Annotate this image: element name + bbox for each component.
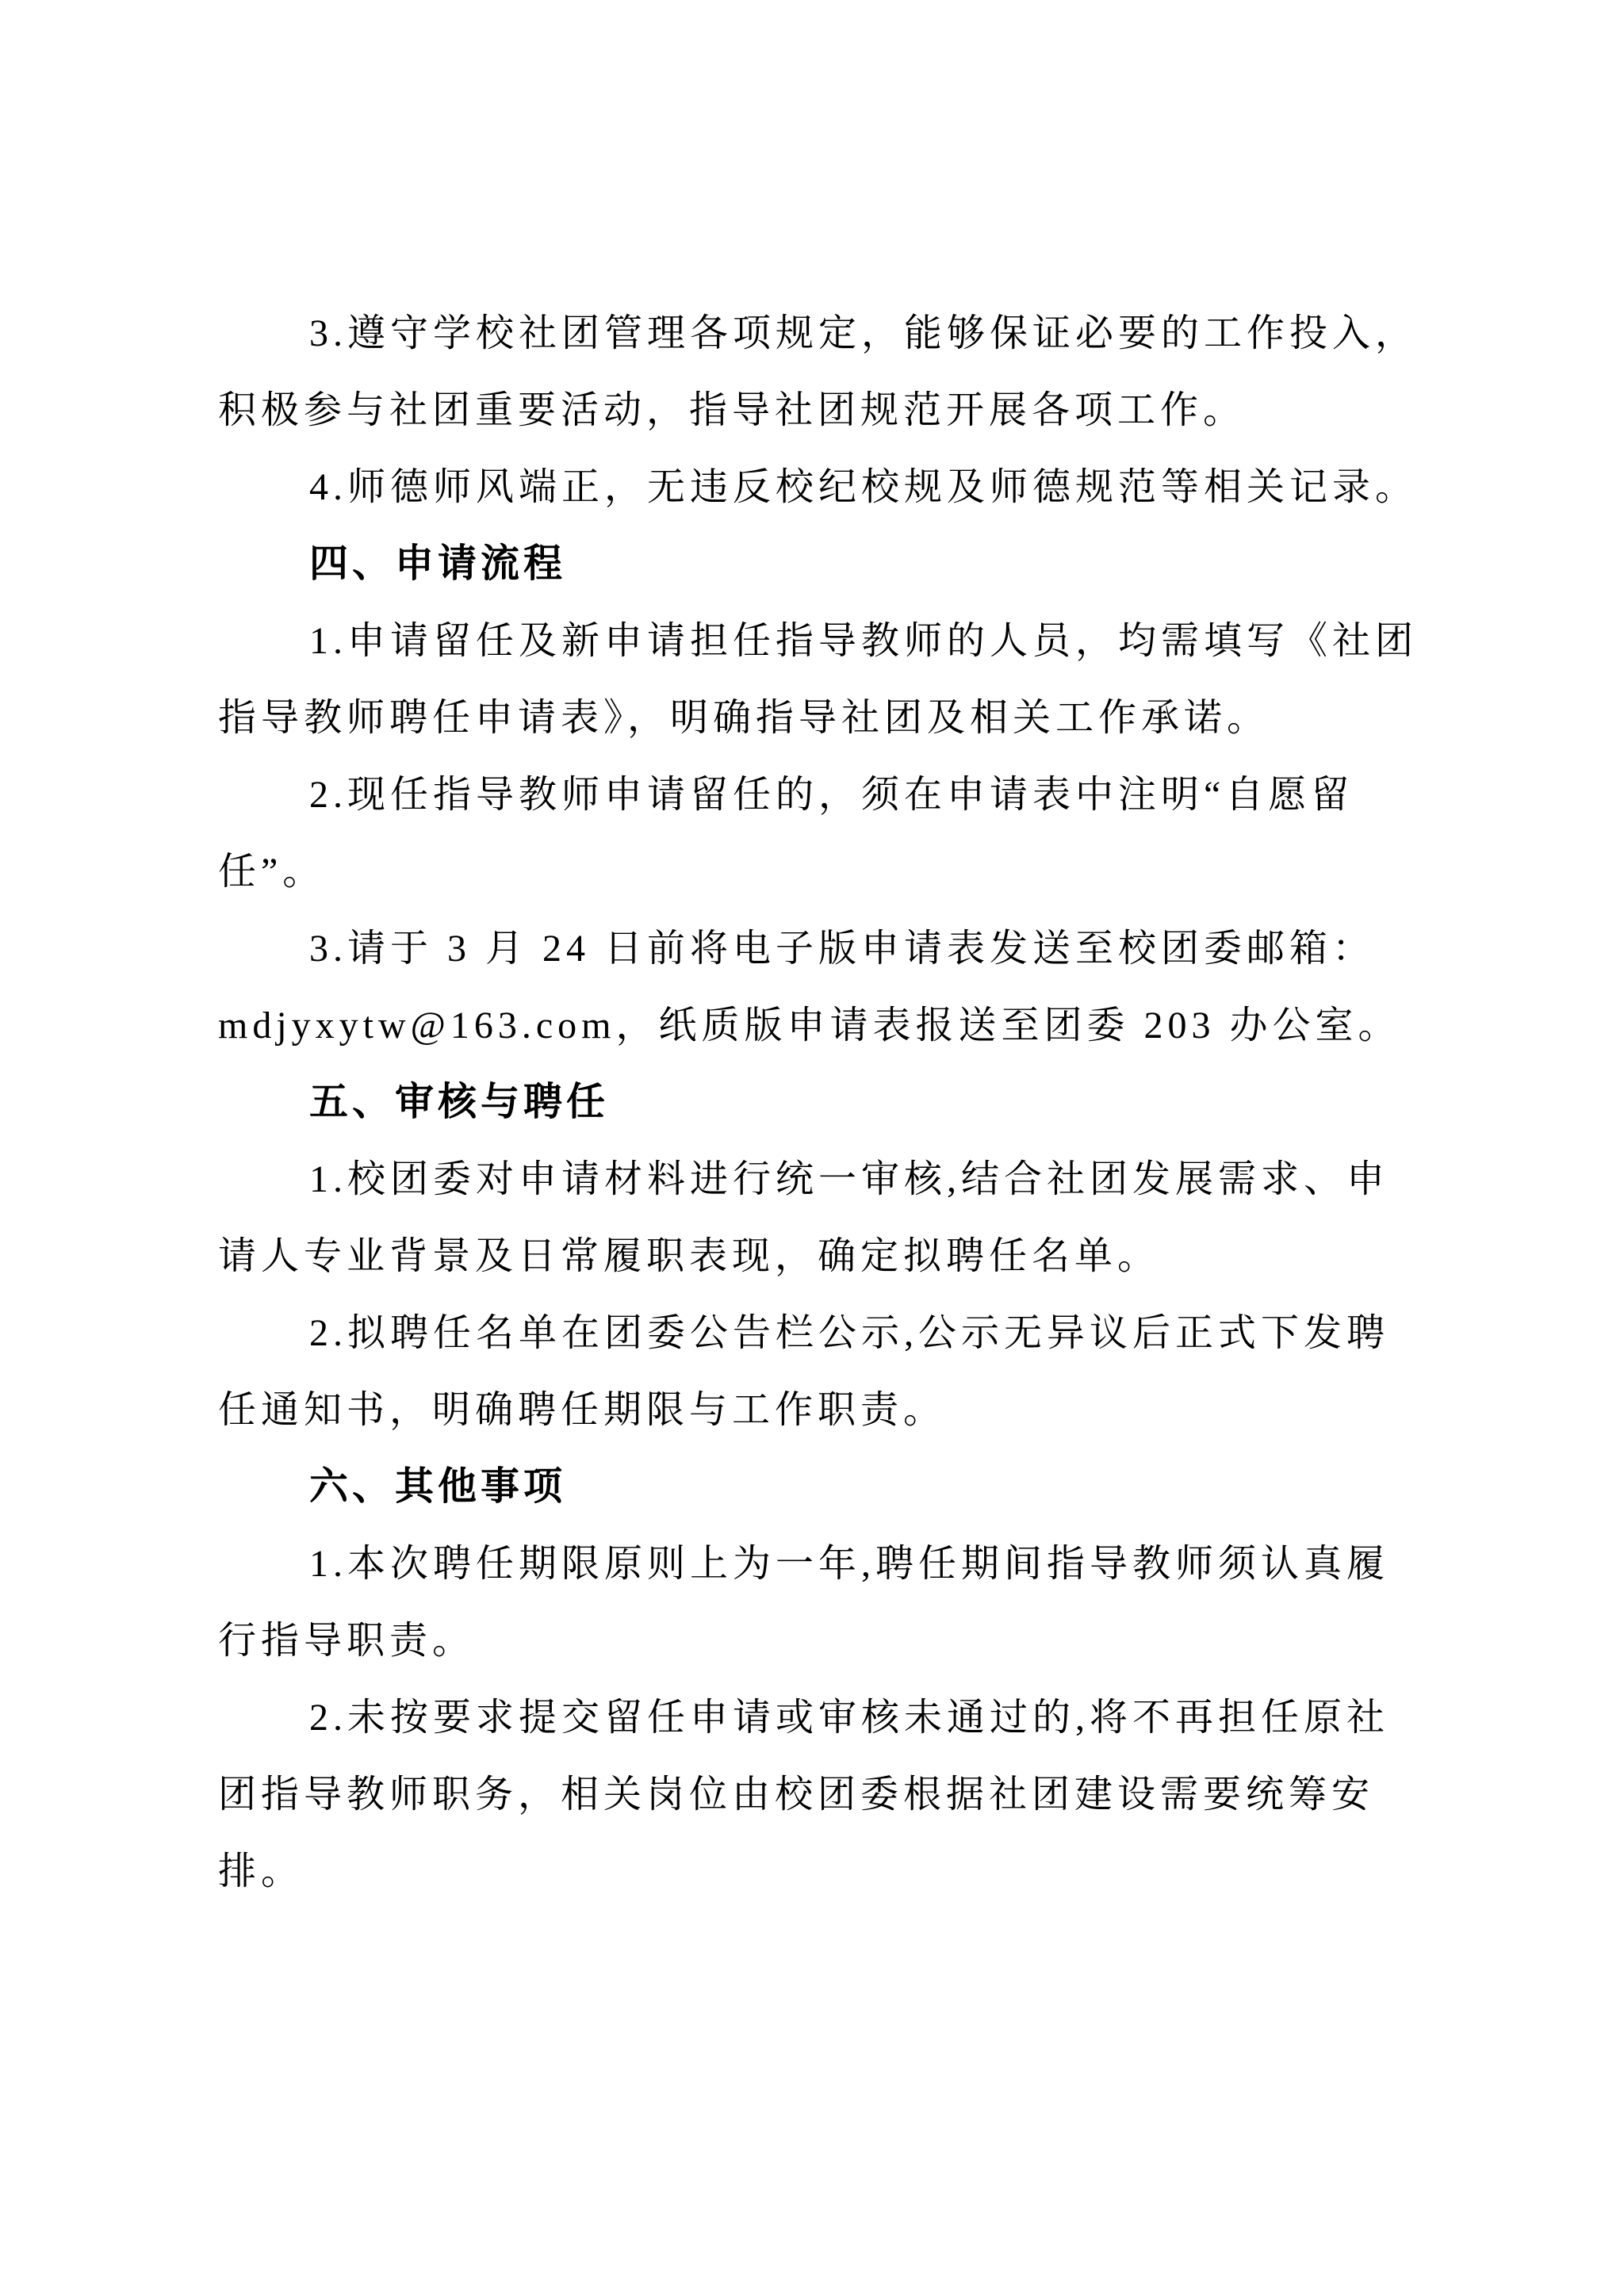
doc-line-2: 积极参与社团重要活动，指导社团规范开展各项工作。	[218, 372, 1439, 449]
doc-line-10: mdjyxytw@163.com，纸质版申请表报送至团委 203 办公室。	[218, 987, 1439, 1064]
section-heading-application-process: 四、申请流程	[218, 526, 1439, 603]
doc-line-13: 请人专业背景及日常履职表现，确定拟聘任名单。	[218, 1218, 1439, 1295]
doc-line-8: 任”。	[218, 833, 1439, 910]
section-heading-other-matters: 六、其他事项	[218, 1448, 1439, 1525]
doc-line-17: 1.本次聘任期限原则上为一年,聘任期间指导教师须认真履	[218, 1525, 1439, 1602]
doc-line-5: 1.申请留任及新申请担任指导教师的人员，均需填写《社团	[218, 603, 1439, 679]
doc-line-20: 团指导教师职务，相关岗位由校团委根据社团建设需要统筹安	[218, 1756, 1439, 1833]
document-text-block: 3.遵守学校社团管理各项规定，能够保证必要的工作投入， 积极参与社团重要活动，指…	[218, 295, 1439, 1910]
doc-line-15: 任通知书，明确聘任期限与工作职责。	[218, 1372, 1439, 1448]
doc-line-12: 1.校团委对申请材料进行统一审核,结合社团发展需求、申	[218, 1141, 1439, 1218]
section-heading-review-and-appointment: 五、审核与聘任	[218, 1064, 1439, 1141]
doc-line-19: 2.未按要求提交留任申请或审核未通过的,将不再担任原社	[218, 1679, 1439, 1756]
doc-line-6: 指导教师聘任申请表》，明确指导社团及相关工作承诺。	[218, 679, 1439, 756]
doc-line-9: 3.请于 3 月 24 日前将电子版申请表发送至校团委邮箱：	[218, 910, 1439, 987]
doc-line-14: 2.拟聘任名单在团委公告栏公示,公示无异议后正式下发聘	[218, 1295, 1439, 1372]
document-page: 3.遵守学校社团管理各项规定，能够保证必要的工作投入， 积极参与社团重要活动，指…	[0, 0, 1624, 2296]
doc-line-3: 4.师德师风端正，无违反校纪校规及师德规范等相关记录。	[218, 449, 1439, 526]
doc-line-7: 2.现任指导教师申请留任的，须在申请表中注明“自愿留	[218, 756, 1439, 833]
doc-line-21: 排。	[218, 1833, 1439, 1910]
doc-line-1: 3.遵守学校社团管理各项规定，能够保证必要的工作投入，	[218, 295, 1439, 372]
doc-line-18: 行指导职责。	[218, 1602, 1439, 1679]
